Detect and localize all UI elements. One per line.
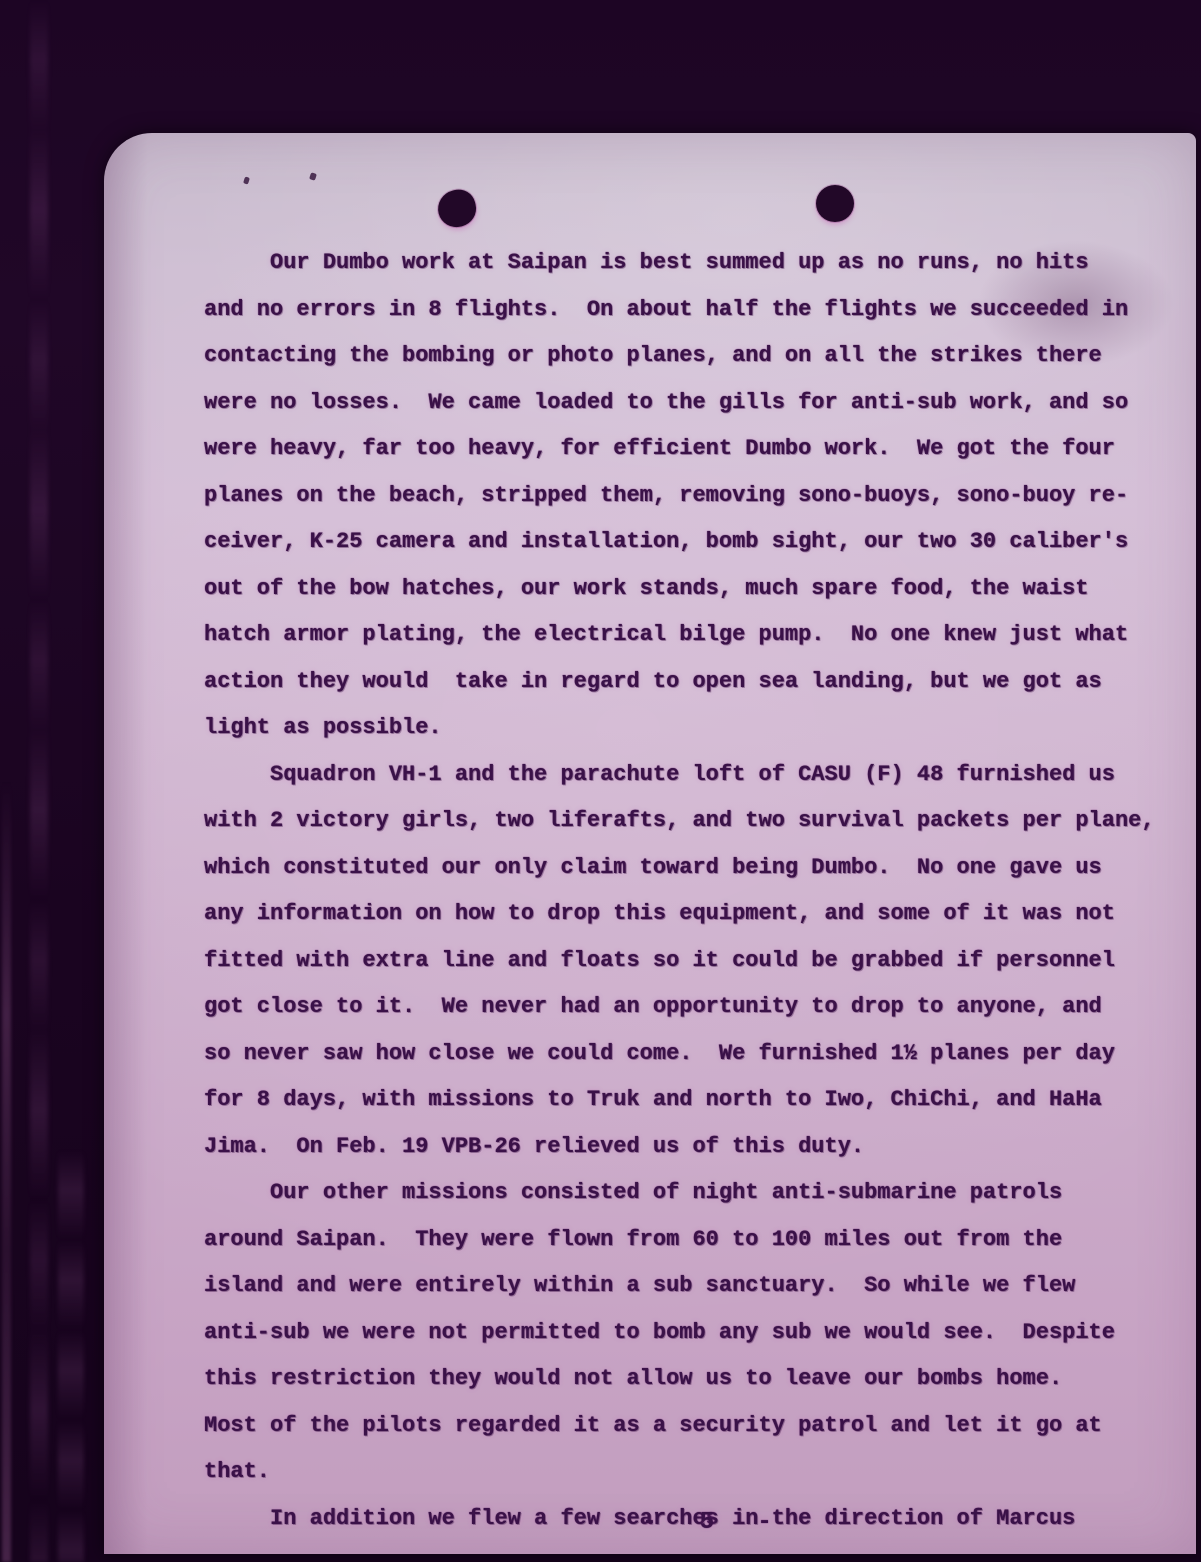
document-body-text: Our Dumbo work at Saipan is best summed … — [204, 240, 1184, 1542]
photo-dark-border: Our Dumbo work at Saipan is best summed … — [0, 0, 1201, 1562]
hole-punch-left — [434, 186, 480, 231]
page-number: - 5 - — [592, 1509, 822, 1536]
film-edge-streak — [2, 780, 11, 1562]
document-page: Our Dumbo work at Saipan is best summed … — [104, 133, 1196, 1554]
hole-punch-right — [816, 185, 854, 222]
ink-speck — [309, 172, 317, 181]
film-edge-streak — [58, 1150, 84, 1562]
ink-speck — [243, 176, 250, 184]
film-edge-streak — [30, 0, 48, 1562]
